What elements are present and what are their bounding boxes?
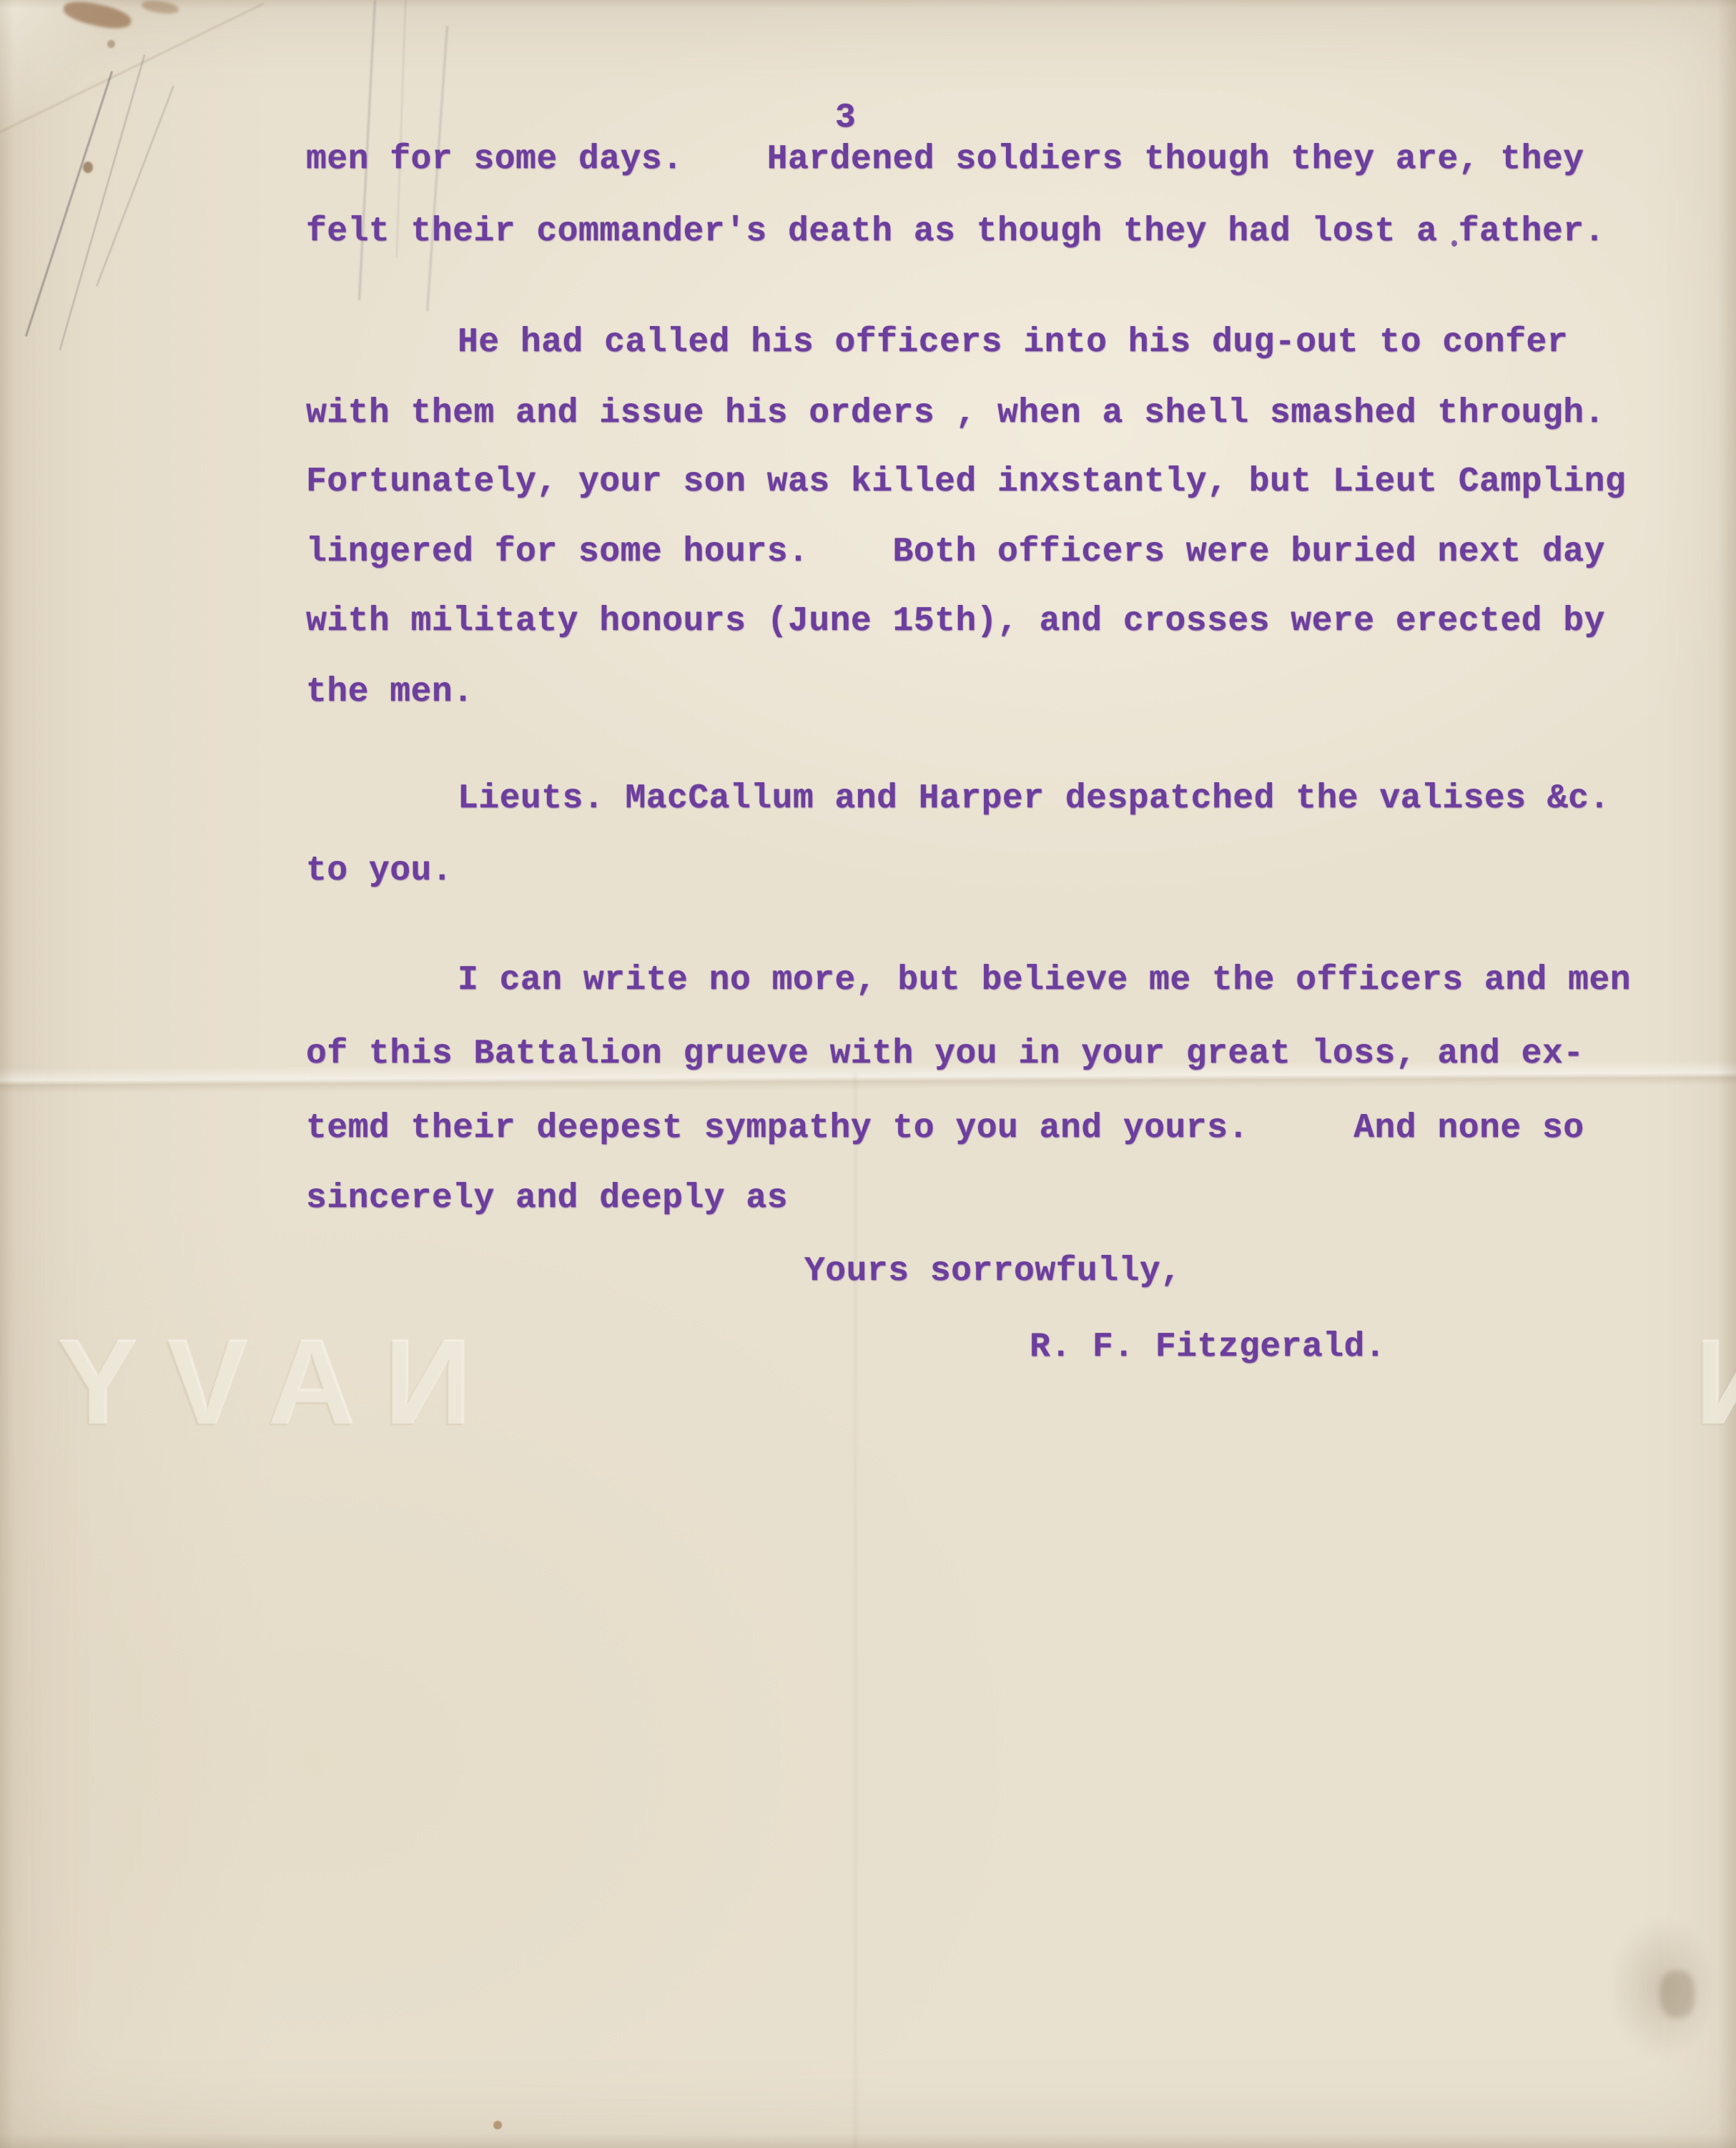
letter-line: with them and issue his orders , when a …	[306, 394, 1605, 433]
letter-line: to you.	[306, 852, 453, 890]
pencil-scratch	[96, 86, 174, 287]
letter-line: the men.	[306, 673, 473, 711]
paper-edge-shading	[0, 0, 1736, 9]
vertical-fold-crease	[854, 1073, 857, 2148]
brown-stain	[61, 0, 133, 33]
letter-line: Fortunately, your son was killed inxstan…	[306, 463, 1626, 501]
bottom-right-smudge	[1609, 1916, 1716, 2059]
brown-stain	[107, 40, 115, 48]
navy-watermark: NAVY	[29, 1312, 472, 1452]
paper-edge-shading	[0, 0, 14, 2148]
pencil-scratch	[59, 54, 145, 350]
brown-stain	[83, 162, 93, 173]
paper-edge-shading	[0, 2134, 1736, 2148]
navy-watermark-edge: N	[1666, 1312, 1736, 1452]
corner-fold-mark	[0, 0, 249, 156]
letter-line: I can write no more, but believe me the …	[458, 961, 1631, 1000]
bottom-right-smudge	[1660, 1971, 1695, 2018]
letter-line: He had called his officers into his dug-…	[458, 323, 1568, 362]
pencil-scratch	[25, 71, 113, 337]
bottom-speck	[493, 2121, 502, 2129]
closing-line: Yours sorrowfully,	[804, 1252, 1181, 1291]
letter-line: Lieuts. MacCallum and Harper despatched …	[458, 779, 1610, 818]
letter-line: lingered for some hours. Both officers w…	[306, 533, 1605, 571]
page-number: 3	[835, 99, 856, 137]
letter-line: sincerely and deeply as	[306, 1179, 788, 1218]
letter-line: of this Battalion grueve with you in you…	[306, 1035, 1584, 1073]
brown-stain	[141, 0, 179, 16]
corner-crease-line	[0, 3, 264, 136]
letter-page: NAVY N 3 men for some days. Hardened sol…	[0, 0, 1736, 2148]
letter-line: felt their commander's death as though t…	[306, 212, 1605, 251]
letter-line: men for some days. Hardened soldiers tho…	[306, 140, 1584, 179]
paper-edge-shading	[1717, 0, 1736, 2148]
signature-line: R. F. Fitzgerald.	[1030, 1328, 1386, 1366]
letter-line: with militaty honours (June 15th), and c…	[306, 602, 1605, 641]
letter-line: temd their deepest sympathy to you and y…	[306, 1109, 1584, 1148]
